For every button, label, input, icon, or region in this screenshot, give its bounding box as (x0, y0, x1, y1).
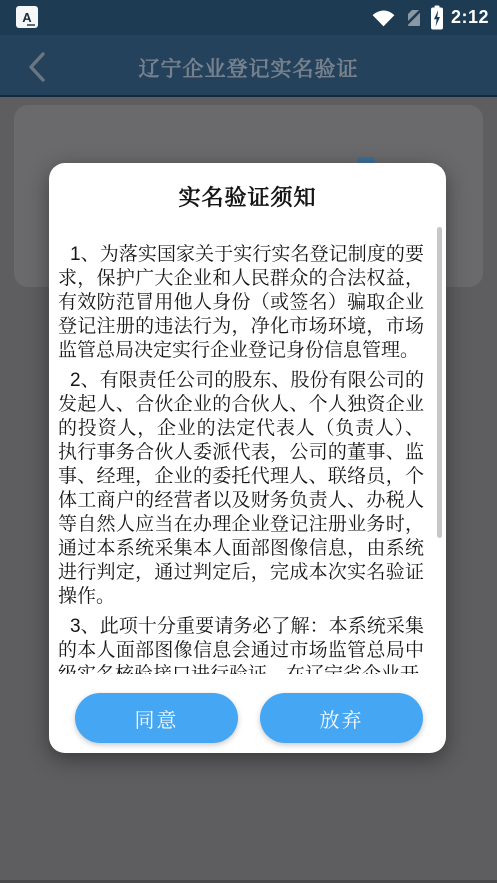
ime-a-badge-icon: A (16, 6, 38, 28)
page-title: 辽宁企业登记实名验证 (0, 53, 497, 83)
app-screen: A 2:12 (0, 0, 497, 883)
notice-paragraph: 2、有限责任公司的股东、股份有限公司的发起人、合伙企业的合伙人、个人独资企业的投… (58, 369, 424, 609)
agree-button[interactable]: 同意 (75, 693, 238, 743)
notice-paragraph: 3、此项十分重要请务必了解：本系统采集的本人面部图像信息会通过市场监管总局中级实… (58, 615, 424, 674)
clock-time: 2:12 (451, 7, 489, 28)
wifi-icon (371, 8, 396, 28)
battery-charging-icon (430, 5, 444, 30)
status-bar-right: 2:12 (371, 0, 489, 35)
scrollbar-thumb[interactable] (437, 227, 442, 538)
abandon-button[interactable]: 放弃 (260, 693, 423, 743)
dialog-buttons: 同意 放弃 (49, 693, 446, 743)
no-sim-icon (403, 8, 423, 28)
notice-paragraph: 1、为落实国家关于实行实名登记制度的要求，保护广大企业和人民群众的合法权益，有效… (58, 243, 424, 363)
status-bar: A 2:12 (0, 0, 497, 35)
realname-notice-dialog: 实名验证须知 1、为落实国家关于实行实名登记制度的要求，保护广大企业和人民群众的… (49, 163, 446, 753)
notice-text-scroll-area[interactable]: 1、为落实国家关于实行实名登记制度的要求，保护广大企业和人民群众的合法权益，有效… (58, 238, 424, 674)
dialog-title: 实名验证须知 (49, 181, 446, 212)
app-header: 辽宁企业登记实名验证 (0, 35, 497, 97)
